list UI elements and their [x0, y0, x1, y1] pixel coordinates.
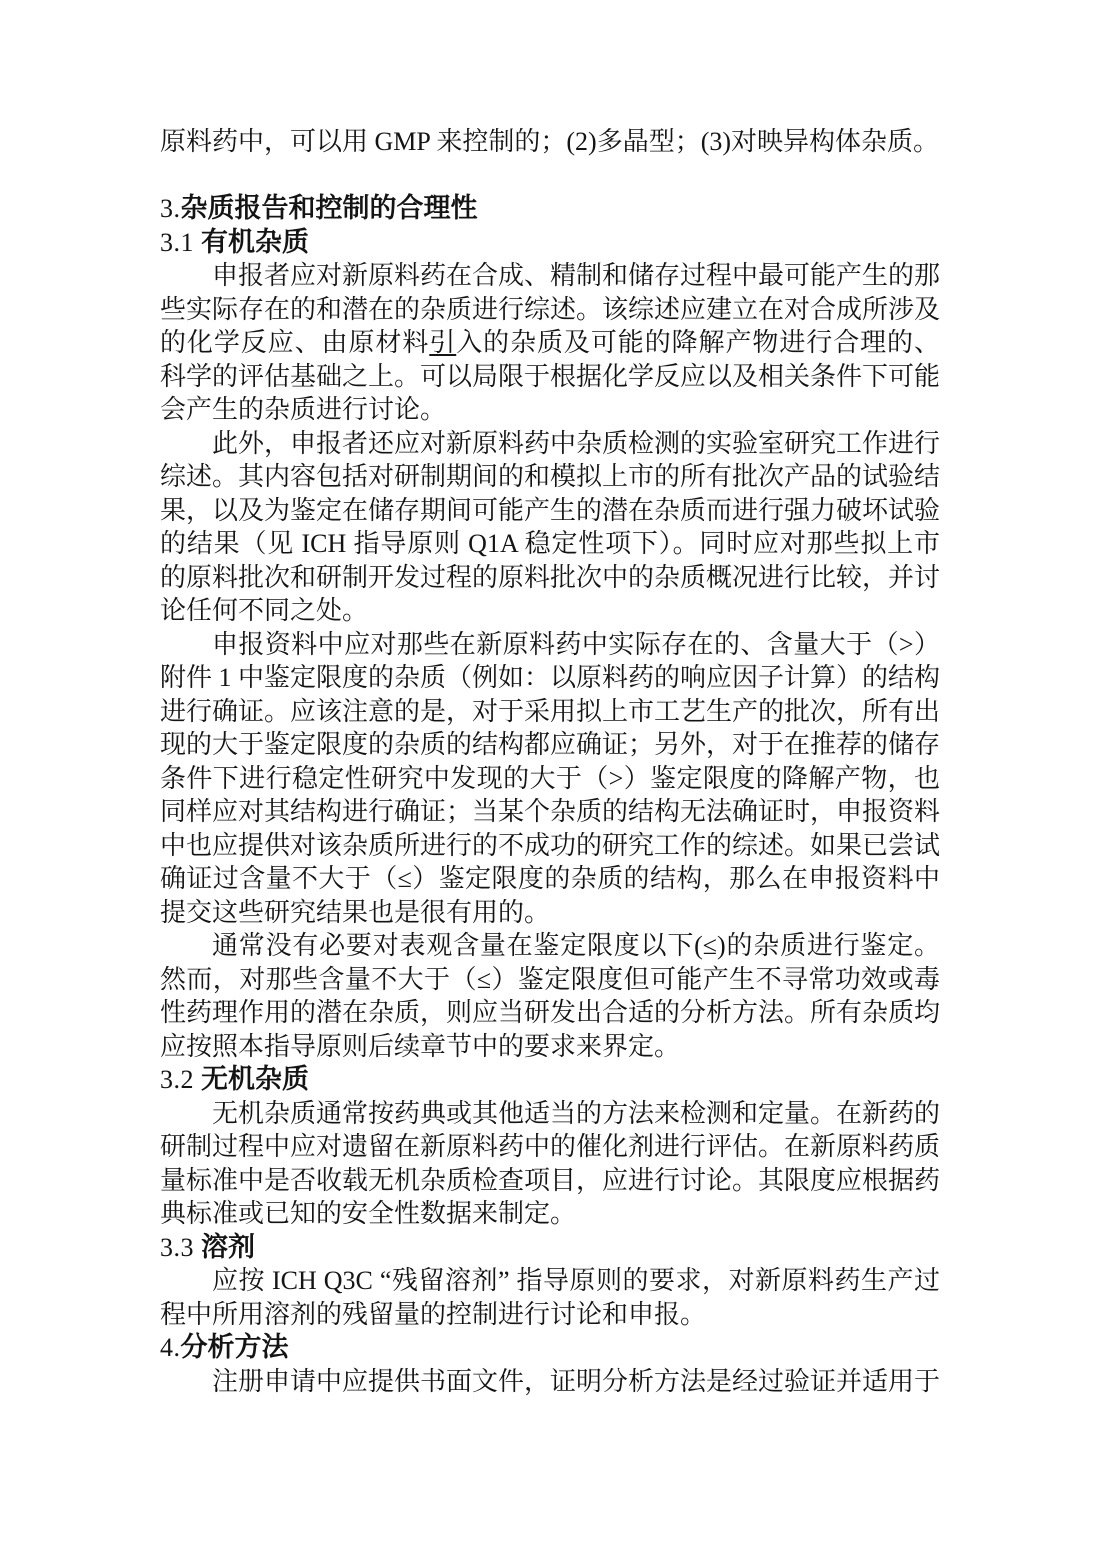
- section-3-1-title: 有机杂质: [201, 227, 309, 257]
- section-3-2-title: 无机杂质: [201, 1064, 309, 1094]
- section-3-title: 杂质报告和控制的合理性: [181, 193, 478, 223]
- paragraph-continuation: 原料药中，可以用 GMP 来控制的；(2)多晶型；(3)对映异构体杂质。: [160, 125, 940, 159]
- section-4-title: 分析方法: [181, 1332, 289, 1362]
- section-3-2-heading: 3.2 无机杂质: [160, 1063, 940, 1097]
- paragraph-organic-impurities-2: 此外，申报者还应对新原料药中杂质检测的实验室研究工作进行综述。其内容包括对研制期…: [160, 427, 940, 628]
- paragraph-solvents: 应按 ICH Q3C “残留溶剂” 指导原则的要求，对新原料药生产过程中所用溶剂…: [160, 1264, 940, 1331]
- section-3-heading: 3.杂质报告和控制的合理性: [160, 192, 940, 226]
- section-3-number: 3.: [160, 194, 181, 223]
- section-3-1-heading: 3.1 有机杂质: [160, 226, 940, 260]
- paragraph-organic-impurities-3: 申报资料中应对那些在新原料药中实际存在的、含量大于（>）附件 1 中鉴定限度的杂…: [160, 628, 940, 930]
- section-4-heading: 4.分析方法: [160, 1331, 940, 1365]
- section-3-3-title: 溶剂: [201, 1232, 255, 1262]
- section-3-1-number: 3.1: [160, 228, 201, 257]
- section-4-number: 4.: [160, 1333, 181, 1362]
- section-3-2-number: 3.2: [160, 1065, 201, 1094]
- section-3-3-number: 3.3: [160, 1233, 201, 1262]
- paragraph-organic-impurities-1: 申报者应对新原料药在合成、精制和储存过程中最可能产生的那些实际存在的和潜在的杂质…: [160, 259, 940, 427]
- section-3-3-heading: 3.3 溶剂: [160, 1231, 940, 1265]
- document-page: 原料药中，可以用 GMP 来控制的；(2)多晶型；(3)对映异构体杂质。 3.杂…: [0, 0, 1100, 1556]
- paragraph-inorganic-impurities: 无机杂质通常按药典或其他适当的方法来检测和定量。在新药的研制过程中应对遗留在新原…: [160, 1097, 940, 1231]
- underlined-character: 引: [429, 328, 456, 357]
- paragraph-organic-impurities-4: 通常没有必要对表观含量在鉴定限度以下(≤)的杂质进行鉴定。然而，对那些含量不大于…: [160, 929, 940, 1063]
- paragraph-analytical-methods: 注册申请中应提供书面文件，证明分析方法是经过验证并适用于: [160, 1365, 940, 1399]
